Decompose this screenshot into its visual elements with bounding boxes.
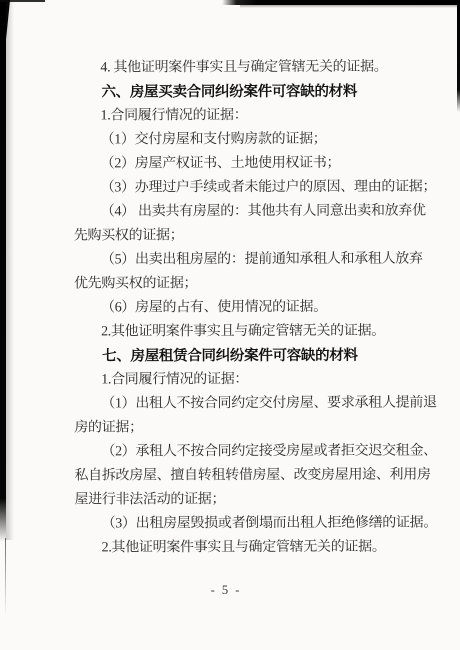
document-body: 4. 其他证明案件事实且与确定管辖无关的证据。六、房屋买卖合同纠纷案件可容缺的材… — [73, 56, 434, 561]
text-line: 房的证据； — [74, 416, 434, 441]
scan-edge-left-shadow — [6, 0, 14, 540]
scan-edge-top-right-blur — [240, 5, 460, 8]
text-line: （3）办理过户手续或者未能过户的原因、理由的证据； — [74, 176, 434, 201]
text-line: 优先购买权的证据； — [74, 272, 434, 297]
text-line: 2.其他证明案件事实且与确定管辖无关的证据。 — [74, 320, 434, 345]
text-line: （3）出租房屋毁损或者倒塌而出租人拒绝修缮的证据。 — [75, 512, 435, 537]
text-line: 1.合同履行情况的证据： — [73, 104, 433, 129]
text-line: （2）承租人不按合同约定接受房屋或者拒交迟交租金、 — [74, 440, 434, 465]
text-line: 私自拆改房屋、擅自转租转借房屋、改变房屋用途、利用房 — [74, 464, 434, 489]
text-line: 先购买权的证据； — [74, 224, 434, 249]
text-line: 屋进行非法活动的证据； — [74, 488, 434, 513]
text-line: 4. 其他证明案件事实且与确定管辖无关的证据。 — [73, 56, 433, 81]
text-line: 七、房屋租赁合同纠纷案件可容缺的材料 — [74, 344, 434, 369]
text-line: （1）出租人不按合同约定交付房屋、要求承租人提前退 — [74, 392, 434, 417]
page-number: - 5 - — [0, 583, 452, 598]
text-line: （5）出卖出租房屋的：提前通知承租人和承租人放弃 — [74, 248, 434, 273]
text-line: 六、房屋买卖合同纠纷案件可容缺的材料 — [73, 80, 433, 105]
scanned-document-page: 4. 其他证明案件事实且与确定管辖无关的证据。六、房屋买卖合同纠纷案件可容缺的材… — [0, 0, 460, 650]
text-line: 2.其他证明案件事实且与确定管辖无关的证据。 — [75, 536, 435, 561]
scan-edge-left-line — [5, 538, 6, 616]
text-line: （1）交付房屋和支付购房款的证据； — [74, 128, 434, 153]
scan-edge-top-left — [0, 0, 45, 2]
text-line: （2）房屋产权证书、土地使用权证书； — [74, 152, 434, 177]
text-line: （4） 出卖共有房屋的：其他共有人同意出卖和放弃优 — [74, 200, 434, 225]
text-line: 1.合同履行情况的证据： — [74, 368, 434, 393]
text-line: （6）房屋的占有、使用情况的证据。 — [74, 296, 434, 321]
